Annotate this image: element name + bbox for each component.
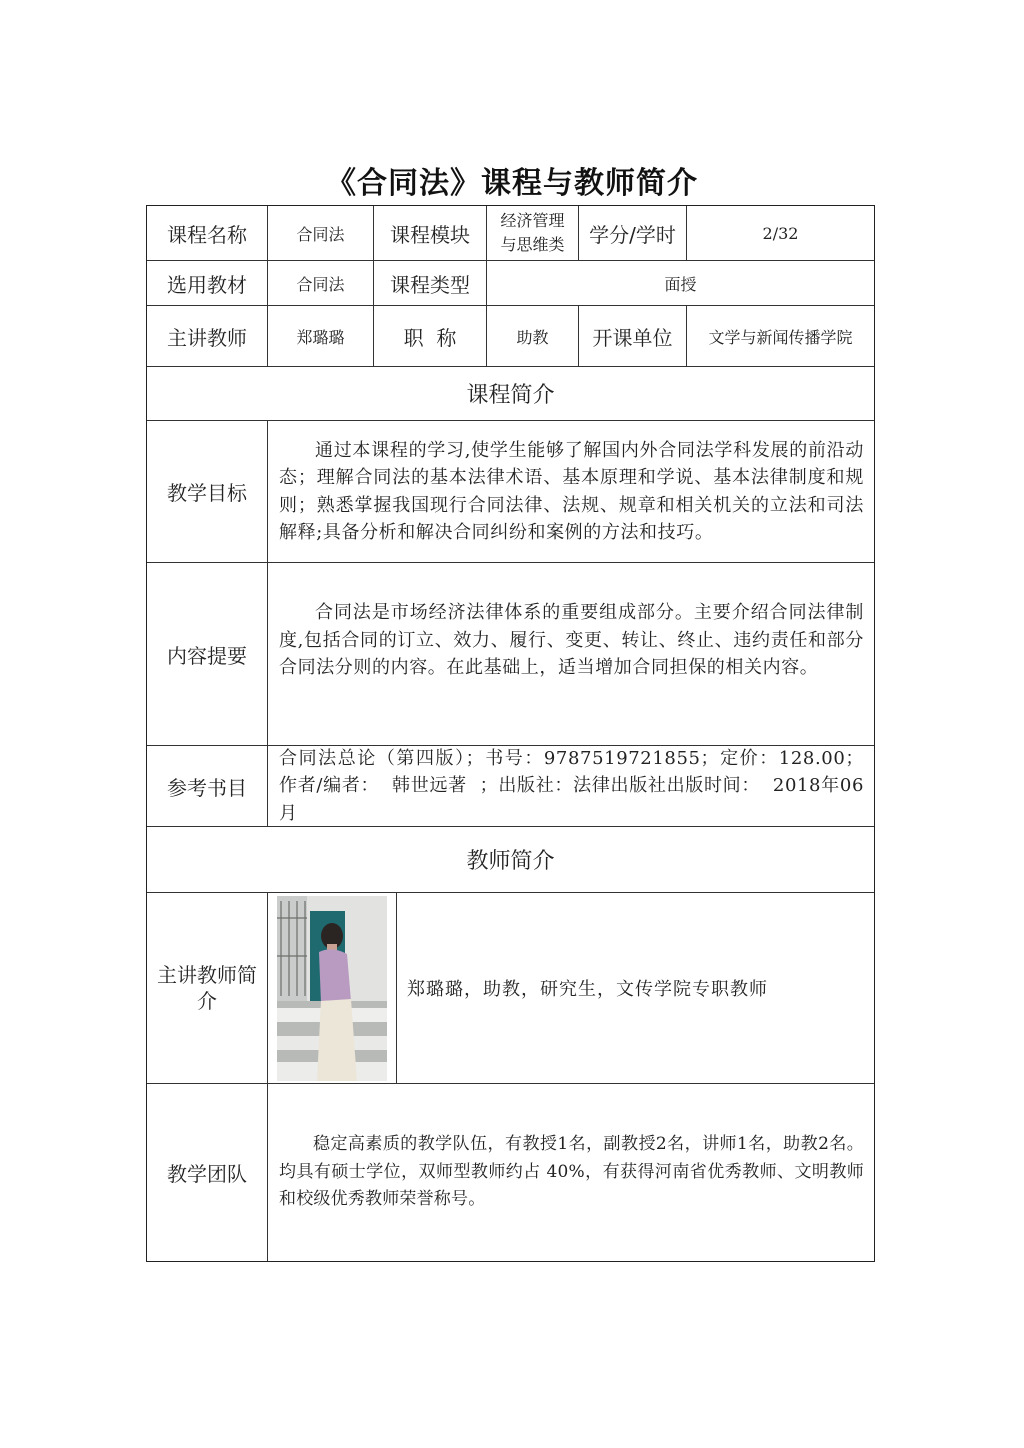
lead-teacher-text-cell: 郑璐璐，助教，研究生，文传学院专职教师	[397, 893, 874, 1084]
goals-paragraph: 通过本课程的学习,使学生能够了解国内外合同法学科发展的前沿动态；理解合同法的基本…	[279, 437, 864, 547]
module-value-line1: 经济管理	[500, 209, 564, 233]
teacher-value: 郑璐璐	[268, 306, 374, 367]
lead-teacher-text: 郑璐璐，助教，研究生，文传学院专职教师	[407, 975, 768, 1001]
goals-label: 教学目标	[147, 421, 268, 563]
team-paragraph: 稳定高素质的教学队伍，有教授1名，副教授2名，讲师1名，助教2名。均具有硕士学位…	[279, 1131, 864, 1214]
refs-text: 合同法总论（第四版）；书号：9787519721855；定价：128.00；作者…	[268, 746, 874, 827]
module-value-line2: 与思维类	[500, 233, 564, 257]
textbook-value: 合同法	[268, 261, 374, 306]
credit-value: 2/32	[687, 206, 874, 261]
refs-label: 参考书目	[147, 746, 268, 827]
team-text: 稳定高素质的教学队伍，有教授1名，副教授2名，讲师1名，助教2名。均具有硕士学位…	[268, 1084, 874, 1261]
course-name-value: 合同法	[268, 206, 374, 261]
module-label: 课程模块	[374, 206, 487, 261]
teacher-photo	[277, 896, 387, 1081]
goals-text: 通过本课程的学习,使学生能够了解国内外合同法学科发展的前沿动态；理解合同法的基本…	[268, 421, 874, 563]
module-value: 经济管理 与思维类	[487, 206, 579, 261]
course-table: 课程名称 合同法 课程模块 经济管理 与思维类 学分/学时 2/32 选用教材 …	[146, 205, 875, 1262]
teacher-label: 主讲教师	[147, 306, 268, 367]
summary-paragraph: 合同法是市场经济法律体系的重要组成部分。主要介绍合同法律制度,包括合同的订立、效…	[279, 599, 864, 682]
textbook-label: 选用教材	[147, 261, 268, 306]
teacher-photo-image	[277, 896, 387, 1081]
dept-label: 开课单位	[579, 306, 687, 367]
summary-label: 内容提要	[147, 563, 268, 746]
teacher-photo-cell	[268, 893, 397, 1084]
course-intro-heading: 课程简介	[147, 367, 874, 421]
lead-teacher-label: 主讲教师简介	[147, 893, 268, 1084]
rank-label: 职 称	[374, 306, 487, 367]
page-title: 《合同法》课程与教师简介	[0, 158, 1024, 202]
course-type-value: 面授	[487, 261, 874, 306]
course-type-label: 课程类型	[374, 261, 487, 306]
refs-paragraph: 合同法总论（第四版）；书号：9787519721855；定价：128.00；作者…	[279, 745, 864, 828]
credit-label: 学分/学时	[579, 206, 687, 261]
team-label: 教学团队	[147, 1084, 268, 1261]
lead-teacher-label-text: 主讲教师简介	[153, 962, 261, 1014]
teacher-intro-heading: 教师简介	[147, 827, 874, 893]
course-name-label: 课程名称	[147, 206, 268, 261]
rank-value: 助教	[487, 306, 579, 367]
summary-text: 合同法是市场经济法律体系的重要组成部分。主要介绍合同法律制度,包括合同的订立、效…	[268, 563, 874, 746]
dept-value: 文学与新闻传播学院	[687, 306, 874, 367]
